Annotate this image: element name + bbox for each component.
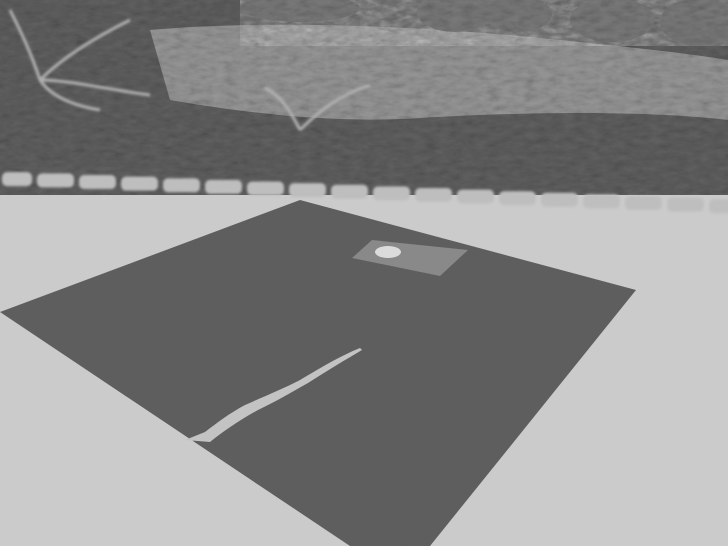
photo-canvas <box>0 0 728 546</box>
photo-scene: Grayscale photo of a dark square mat lyi… <box>0 0 728 546</box>
film-grain <box>0 0 728 546</box>
